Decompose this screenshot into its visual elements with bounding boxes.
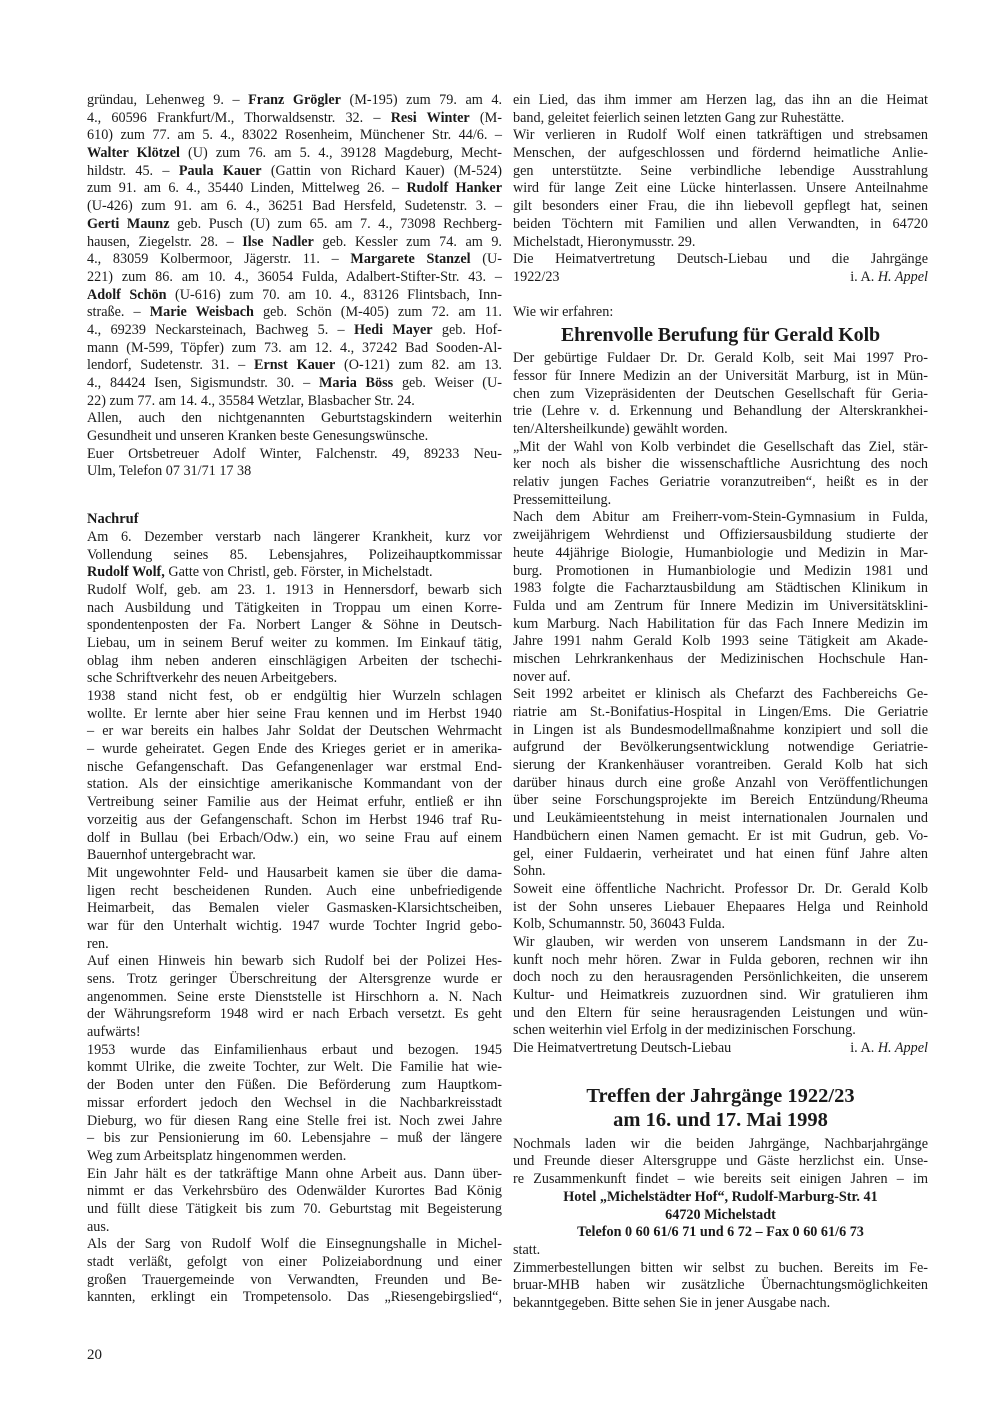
bold-name: Margarete Stanzel: [350, 251, 470, 267]
text-line: 4., 84424 Isen, Sigismundstr. 30. – Mari…: [87, 375, 502, 393]
text-line: sens. Trotz geringer Überschreitung der …: [87, 971, 502, 989]
text-line: Walter Klötzel (U) zum 76. am 5. 4., 391…: [87, 145, 502, 163]
text-line: zum 91. am 6. 4., 35440 Linden, Mittelwe…: [87, 180, 502, 198]
text-line: Handbüchern einen Namen gemacht. Er ist …: [513, 828, 928, 846]
text-line: aus.: [87, 1219, 502, 1237]
text-line: Dieburg, wo für diesen Rang eine Stelle …: [87, 1113, 502, 1131]
bold-name: Rudolf Hanker: [406, 180, 502, 196]
signature-prefix: i. A.: [850, 1040, 878, 1056]
kolb-article: Wie wir erfahren: Ehrenvolle Berufung fü…: [513, 304, 928, 1058]
text-line: dolf in Bullau (bei Erbach/Odw.) ein, wo…: [87, 830, 502, 848]
text-line: Nach dem Abitur am Freiherr-vom-Stein-Gy…: [513, 509, 928, 527]
text-line: Jahre 1991 nahm Gerald Kolb 1993 seine T…: [513, 633, 928, 651]
text-line: oblag ihm neben anderen einschlägigen Ar…: [87, 653, 502, 671]
text-line: sche Schriftverkehr des neuen Arbeitgebe…: [87, 670, 502, 688]
bold-name: Ernst Kauer: [254, 357, 335, 373]
text-line: Zimmerbestellungen bitten wir selbst zu …: [513, 1260, 928, 1278]
page-number: 20: [87, 1347, 102, 1364]
text-line: Am 6. Dezember verstarb nach längerer Kr…: [87, 529, 502, 547]
venue-phone: Telefon 0 60 61/6 71 und 6 72 – Fax 0 60…: [513, 1224, 928, 1242]
bold-name: Ilse Nadler: [242, 234, 314, 250]
text-line: (U-426) zum 91. am 6. 4., 36251 Bad Hers…: [87, 198, 502, 216]
text-line: bruar-MHB haben wir zusätzliche Übernach…: [513, 1277, 928, 1295]
bold-name: Resi Winter: [391, 110, 470, 126]
text-line: gen unterstützte. Seine verbindliche leb…: [513, 163, 928, 181]
text-line: Liebau, um in seinem Beruf weiter zu kom…: [87, 635, 502, 653]
text-line: Wir verlieren in Rudolf Wolf einen tatkr…: [513, 127, 928, 145]
text-line: gel, einer Fuldaerin, verheiratet und ha…: [513, 846, 928, 864]
obituary-signature: 1922/23 i. A. H. Appel: [513, 269, 928, 287]
signature-author: i. A. H. Appel: [850, 1040, 928, 1058]
text-line: wollte. Er lernte aber hier seine Frau k…: [87, 706, 502, 724]
spacer: [87, 481, 502, 511]
text-line: darüber hinaus durch eine große Anzahl v…: [513, 775, 928, 793]
obituary-body: Am 6. Dezember verstarb nach längerer Kr…: [87, 529, 502, 1307]
text-line: ren.: [87, 936, 502, 954]
text-line: hildstr. 45. – Paula Kauer (Gattin von R…: [87, 163, 502, 181]
text-line: Soweit eine öffentliche Nachricht. Profe…: [513, 881, 928, 899]
bold-name: Rudolf Wolf,: [87, 564, 165, 580]
text-line: war für den Unterhalt wichtig. 1947 wurd…: [87, 918, 502, 936]
text-line: chen zum Vizepräsidenten der Deutschen G…: [513, 386, 928, 404]
bold-name: Maria Böss: [319, 375, 393, 391]
text-line: stadt verläßt, gefolgt von einer Polizei…: [87, 1254, 502, 1272]
text-line: Gesundheit und unseren Kranken beste Gen…: [87, 428, 502, 446]
text-line: 4., 69239 Neckarsteinach, Bachweg 5. – H…: [87, 322, 502, 340]
bold-name: Gerti Maunz: [87, 216, 170, 232]
text-line: – bis zur Pensionierung im 60. Lebensjah…: [87, 1130, 502, 1148]
text-line: und füllt diese Tätigkeit bis zum 70. Ge…: [87, 1201, 502, 1219]
text-line: spondentenposten der Fa. Norbert Langer …: [87, 617, 502, 635]
text-line: Weg zum Arbeitsplatz hingenommen werden.: [87, 1148, 502, 1166]
text-line: nische Gefangenschaft. Das Gefangenenlag…: [87, 759, 502, 777]
text-line: burg. Promotionen in Humanbiologie und M…: [513, 563, 928, 581]
reunion-intro: Nochmals laden wir die beiden Jahrgänge,…: [513, 1136, 928, 1189]
text-line: Adolf Schön (U-616) zum 70. am 10. 4., 8…: [87, 287, 502, 305]
text-line: nach Ausbildung und Tätigkeiten in Tropp…: [87, 600, 502, 618]
text-line: kunft noch mehr hören. Zwar in Fulda geb…: [513, 952, 928, 970]
text-line: hausen, Ziegelstr. 28. – Ilse Nadler geb…: [87, 234, 502, 252]
article-headline: Ehrenvolle Berufung für Gerald Kolb: [513, 323, 928, 347]
text-line: Kolb, Schumannstr. 50, 36043 Fulda.: [513, 916, 928, 934]
text-line: Kultur- und Heimatkreis zuzuordnen sind.…: [513, 987, 928, 1005]
text-line: gilt besonders einer Frau, die ihn liebe…: [513, 198, 928, 216]
text-line: in Lingen ist als Bundesmodellmaßnahme k…: [513, 722, 928, 740]
text-line: relativ jungen Faches Geriatrie voranzut…: [513, 474, 928, 492]
signature-prefix: i. A.: [850, 269, 878, 285]
text-line: beiden Töchtern mit Familien und allen V…: [513, 216, 928, 234]
text-line: lendorf, Sudetenstr. 31. – Ernst Kauer (…: [87, 357, 502, 375]
text-line: 1938 stand nicht fest, ob er endgültig h…: [87, 688, 502, 706]
reunion-article: Treffen der Jahrgänge 1922/23 am 16. und…: [513, 1084, 928, 1313]
text-line: ker noch als bisher die wissenschaftlich…: [513, 456, 928, 474]
text-line: Ulm, Telefon 07 31/71 17 38: [87, 463, 502, 481]
text-line: mann (M-599, Töpfer) zum 73. am 12. 4., …: [87, 340, 502, 358]
text-line: „Mit der Wahl von Kolb verbindet die Ges…: [513, 439, 928, 457]
text-line: Allen, auch den nichtgenannten Geburtsta…: [87, 410, 502, 428]
birthday-list: gründau, Lehenweg 9. – Franz Grögler (M-…: [87, 92, 502, 481]
text-line: 1953 wurde das Einfamilienhaus erbaut un…: [87, 1042, 502, 1060]
text-line: Nochmals laden wir die beiden Jahrgänge,…: [513, 1136, 928, 1154]
text-line: Seit 1992 arbeitet er klinisch als Chefa…: [513, 686, 928, 704]
text-line: doch noch zu den herausragenden Persönli…: [513, 969, 928, 987]
text-line: Vollendung seines 85. Lebensjahres, Poli…: [87, 547, 502, 565]
text-line: gründau, Lehenweg 9. – Franz Grögler (M-…: [87, 92, 502, 110]
text-line: der Boden unter den Füßen. Die Beförderu…: [87, 1077, 502, 1095]
bold-name: Marie Weisbach: [150, 304, 254, 320]
reunion-closing: Zimmerbestellungen bitten wir selbst zu …: [513, 1260, 928, 1313]
bold-name: Paula Kauer: [179, 163, 262, 179]
text-line: ein Lied, das ihm immer am Herzen lag, d…: [513, 92, 928, 110]
text-line: Michelstadt, Hieronymusstr. 29.: [513, 234, 928, 252]
text-line: fessor für Innere Medizin an der Univers…: [513, 368, 928, 386]
obituary: Nachruf Am 6. Dezember verstarb nach län…: [87, 511, 502, 1307]
text-line: großen Trauergemeinde von Verwandten, Fr…: [87, 1272, 502, 1290]
text-line: 610) zum 77. am 5. 4., 83022 Rosenheim, …: [87, 127, 502, 145]
text-line: aufwärts!: [87, 1024, 502, 1042]
text-line: Mit ungewohnter Feld- und Hausarbeit kam…: [87, 865, 502, 883]
text-line: kannten, erklingt ein Trompetensolo. Das…: [87, 1289, 502, 1307]
text-line: aufgrund der Bevölkerungsentwicklung not…: [513, 739, 928, 757]
text-line: station. Als der einsichtige amerikanisc…: [87, 776, 502, 794]
text-line: und den Eltern für seine herausragenden …: [513, 1005, 928, 1023]
text-line: Vertreibung seiner Familie aus der Heima…: [87, 794, 502, 812]
text-line: missar erfordert jedoch den Wechsel in d…: [87, 1095, 502, 1113]
left-column: gründau, Lehenweg 9. – Franz Grögler (M-…: [87, 92, 502, 1307]
text-line: ten/Altersheilkunde) gewählt worden.: [513, 421, 928, 439]
text-line: kommt Ulrike, die zweite Tochter, zur We…: [87, 1059, 502, 1077]
text-line: Menschen, der aufgeschlossen und fördern…: [513, 145, 928, 163]
obituary-heading: Nachruf: [87, 511, 502, 529]
text-line: Bauernhof untergebracht war.: [87, 847, 502, 865]
text-line: Rudolf Wolf, Gatte von Christl, geb. För…: [87, 564, 502, 582]
text-line: ligen recht bescheidenen Runden. Auch ei…: [87, 883, 502, 901]
text-line: nimmt er das Verkehrsbüro des Odenwälder…: [87, 1183, 502, 1201]
text-line: und Leukämieentstehung in meist internat…: [513, 810, 928, 828]
text-line: Fulda und am Zentrum für Innere Medizin …: [513, 598, 928, 616]
text-line: 1983 folgte die Facharztausbildung am St…: [513, 580, 928, 598]
spacer: [513, 287, 928, 304]
reunion-headline-line1: Treffen der Jahrgänge 1922/23: [513, 1084, 928, 1108]
article-signature: Die Heimatvertretung Deutsch-Liebau i. A…: [513, 1040, 928, 1058]
text-line: und Freunde dieser Altersgruppe und Gäst…: [513, 1153, 928, 1171]
spacer: [513, 1058, 928, 1084]
text-line: wird für lange Zeit eine Lücke hinterlas…: [513, 180, 928, 198]
signature-author: i. A. H. Appel: [850, 269, 928, 287]
right-column: ein Lied, das ihm immer am Herzen lag, d…: [513, 92, 928, 1313]
text-line: nover auf.: [513, 669, 928, 687]
bold-name: Walter Klötzel: [87, 145, 180, 161]
text-line: heute 44jährige Biologie, Humanbiologie …: [513, 545, 928, 563]
obituary-continued-body: ein Lied, das ihm immer am Herzen lag, d…: [513, 92, 928, 269]
text-line: mischen Lehrkrankenhaus der Medizinische…: [513, 651, 928, 669]
text-line: schen weiterhin viel Erfolg in der mediz…: [513, 1022, 928, 1040]
venue-name: Hotel „Michelstädter Hof“, Rudolf-Marbur…: [513, 1189, 928, 1207]
text-line: Rudolf Wolf, geb. am 23. 1. 1913 in Henn…: [87, 582, 502, 600]
text-line: straße. – Marie Weisbach geb. Schön (M-4…: [87, 304, 502, 322]
text-line: 22) zum 77. am 14. 4., 35584 Wetzlar, Bl…: [87, 393, 502, 411]
text-line: Der gebürtige Fuldaer Dr. Dr. Gerald Kol…: [513, 350, 928, 368]
obituary-continued: ein Lied, das ihm immer am Herzen lag, d…: [513, 92, 928, 287]
venue-after: statt.: [513, 1242, 928, 1260]
bold-name: Franz Grögler: [248, 92, 341, 108]
text-line: angenommen. Seine erste Dienststelle ist…: [87, 989, 502, 1007]
text-line: kum Marburg. Nach Habilitation für das F…: [513, 616, 928, 634]
signature-group: Die Heimatvertretung Deutsch-Liebau: [513, 1040, 731, 1058]
text-line: Die Heimatvertretung Deutsch-Liebau und …: [513, 251, 928, 269]
article-kicker: Wie wir erfahren:: [513, 304, 928, 322]
text-line: ist der Sohn unseres Liebauer Ehepaares …: [513, 899, 928, 917]
reunion-headline-line2: am 16. und 17. Mai 1998: [513, 1108, 928, 1132]
venue-city: 64720 Michelstadt: [513, 1207, 928, 1225]
text-line: Auf einen Hinweis hin bewarb sich Rudolf…: [87, 953, 502, 971]
text-line: der Währungsreform 1948 wird er nach Erb…: [87, 1006, 502, 1024]
text-line: zweijährigem Wehrdienst und Offiziersaus…: [513, 527, 928, 545]
text-line: vorzeitig aus der Gefangenschaft. Schon …: [87, 812, 502, 830]
signature-name: H. Appel: [878, 269, 928, 285]
text-line: Pressemitteilung.: [513, 492, 928, 510]
text-line: Euer Ortsbetreuer Adolf Winter, Falchens…: [87, 446, 502, 464]
text-line: – er war bereits ein halbes Jahr Soldat …: [87, 723, 502, 741]
text-line: bekanntgegeben. Bitte sehen Sie in jener…: [513, 1295, 928, 1313]
text-line: Heimarbeit, das Bemalen vieler Gasmasken…: [87, 900, 502, 918]
text-line: Wir glauben, wir werden von unserem Land…: [513, 934, 928, 952]
text-line: Gerti Maunz geb. Pusch (U) zum 65. am 7.…: [87, 216, 502, 234]
text-line: 4., 60596 Frankfurt/M., Thorwaldsenstr. …: [87, 110, 502, 128]
signature-name: H. Appel: [878, 1040, 928, 1056]
text-line: re Zusammenkunft findet – wie bereits se…: [513, 1171, 928, 1189]
text-line: über seine Forschungsprojekte im Bereich…: [513, 792, 928, 810]
article-body: Der gebürtige Fuldaer Dr. Dr. Gerald Kol…: [513, 350, 928, 1040]
text-line: Als der Sarg von Rudolf Wolf die Einsegn…: [87, 1236, 502, 1254]
text-line: – wurde geheiratet. Gegen Ende des Krieg…: [87, 741, 502, 759]
bold-name: Hedi Mayer: [354, 322, 433, 338]
text-line: Sohn.: [513, 863, 928, 881]
text-line: band, geleitet feierlich seinen letzten …: [513, 110, 928, 128]
text-line: 4., 83059 Kolbermoor, Jägerstr. 11. – Ma…: [87, 251, 502, 269]
text-line: Ein Jahr hält es der tatkräftige Mann oh…: [87, 1166, 502, 1184]
text-line: 221) zum 86. am 10. 4., 36054 Fulda, Ada…: [87, 269, 502, 287]
text-line: sierung der Krankenhäuser vorantreiben. …: [513, 757, 928, 775]
text-line: riatrie am St.-Bonifatius-Hospital in Li…: [513, 704, 928, 722]
text-line: trie (Lehre v. d. Erkennung und Behandlu…: [513, 403, 928, 421]
bold-name: Adolf Schön: [87, 287, 166, 303]
signature-group: 1922/23: [513, 269, 560, 287]
